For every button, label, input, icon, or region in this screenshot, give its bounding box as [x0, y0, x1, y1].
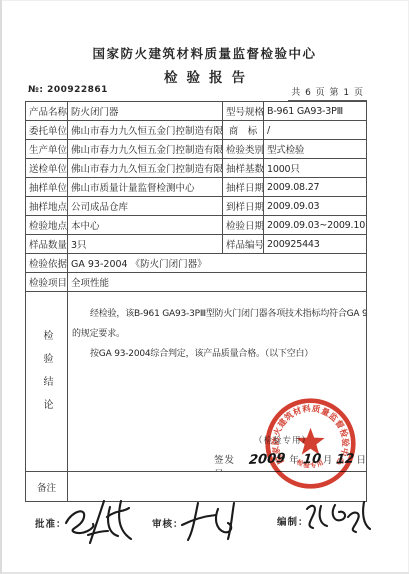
field-label: 生产单位	[26, 140, 68, 159]
field-label: 样品数量	[26, 235, 68, 254]
conclusion-label-text: 检验结论	[39, 330, 54, 422]
preparer-signature	[301, 497, 371, 539]
field-value: 2009.08.27	[264, 178, 367, 197]
field-label: 抽样地点	[26, 197, 68, 216]
field-value: 防火闭门器	[68, 102, 223, 121]
field-value: 公司成品仓库	[68, 197, 223, 216]
table-row: 送检单位佛山市春力九久恒五金门控制造有限公司抽样基数1000只	[26, 159, 367, 178]
conclusion-label: 检验结论	[26, 292, 68, 472]
conclusion-line: 按GA 93-2004综合判定，该产品质量合格。（以下空白）	[72, 344, 361, 364]
page-count: 共 6 页 第 1 页	[288, 85, 367, 101]
field-value: /	[264, 121, 367, 140]
handwritten-month: 10	[302, 452, 322, 468]
field-value: 2009.09.03	[264, 197, 367, 216]
table-row: 检验地点本中心检验日期2009.09.03~2009.10.12	[26, 216, 367, 235]
handwritten-day: 12	[336, 452, 356, 468]
field-label: 检验项目	[26, 273, 68, 292]
field-label: 送检单位	[26, 159, 68, 178]
day-unit: 日	[356, 452, 366, 466]
field-value: 2009.09.03~2009.10.12	[264, 216, 367, 235]
field-label: 抽样日期	[223, 178, 264, 197]
month-unit: 月	[323, 452, 333, 466]
field-value: 1000只	[264, 159, 367, 178]
field-label: 产品名称	[26, 102, 68, 121]
field-label: 抽样基数	[223, 159, 264, 178]
table-row: 产品名称防火闭门器型号规格B-961 GA93-3PⅢ	[26, 102, 367, 121]
report-number-value: 200922861	[47, 85, 108, 95]
report-page: 国家防火建筑材料质量监督检验中心 检验报告 №: 200922861 共 6 页…	[0, 0, 409, 574]
field-label: 抽样单位	[26, 178, 68, 197]
issue-date-label: 签发日期：	[214, 452, 239, 472]
field-value: 3只	[68, 235, 223, 254]
org-title: 国家防火建筑材料质量监督检验中心	[0, 44, 409, 62]
field-value: 佛山市质量计量监督检测中心	[68, 178, 223, 197]
table-row: 检验项目全项性能	[26, 273, 367, 292]
field-label: 检验日期	[223, 216, 264, 235]
table-row: 委托单位佛山市春力九久恒五金门控制造有限公司商 标/	[26, 121, 367, 140]
field-label: 委托单位	[26, 121, 68, 140]
field-value: 本中心	[68, 216, 223, 235]
page-title: 检验报告	[0, 66, 409, 86]
official-seal-stamp: 国家防火建筑材料质量监督检验中心 检验专用章	[264, 397, 357, 490]
field-label: 样品编号	[223, 235, 264, 254]
approver-signature	[58, 495, 138, 547]
field-value: 型式检验	[264, 140, 367, 159]
field-label: 检验依据	[26, 254, 68, 273]
conclusion-line: 经检验，该B-961 GA93-3PⅢ型防火门闭门器各项技术指标均符合GA 93…	[72, 304, 361, 324]
conclusion-line: 的规定要求。	[72, 324, 361, 344]
handwritten-year: 2009	[248, 451, 286, 468]
field-value: 全项性能	[68, 273, 367, 292]
field-label: 型号规格	[223, 102, 264, 121]
field-value: 佛山市春力九久恒五金门控制造有限公司	[68, 140, 223, 159]
field-value: 佛山市春力九久恒五金门控制造有限公司	[68, 159, 223, 178]
reviewer-signature	[176, 497, 246, 543]
table-row: 抽样地点公司成品仓库到样日期2009.09.03	[26, 197, 367, 216]
field-label: 商 标	[223, 121, 264, 140]
field-value: B-961 GA93-3PⅢ	[264, 102, 367, 121]
year-unit: 年	[289, 452, 299, 466]
table-row: 检验依据GA 93-2004 《防火门闭门器》	[26, 254, 367, 273]
field-label: 检验地点	[26, 216, 68, 235]
seal-star-icon	[296, 428, 324, 455]
report-number: №: 200922861	[28, 85, 108, 95]
field-label: 检验类别	[223, 140, 264, 159]
field-value: 佛山市春力九久恒五金门控制造有限公司	[68, 121, 223, 140]
table-row: 生产单位佛山市春力九久恒五金门控制造有限公司检验类别型式检验	[26, 140, 367, 159]
table-row: 抽样单位佛山市质量计量监督检测中心抽样日期2009.08.27	[26, 178, 367, 197]
issue-date: 签发日期： 2009 年 10 月 12 日	[214, 452, 366, 472]
field-label: 到样日期	[223, 197, 264, 216]
field-value: GA 93-2004 《防火门闭门器》	[68, 254, 367, 273]
field-value: 200925443	[264, 235, 367, 254]
report-number-label: №:	[28, 85, 43, 95]
table-row: 样品数量3只样品编号200925443	[26, 235, 367, 254]
